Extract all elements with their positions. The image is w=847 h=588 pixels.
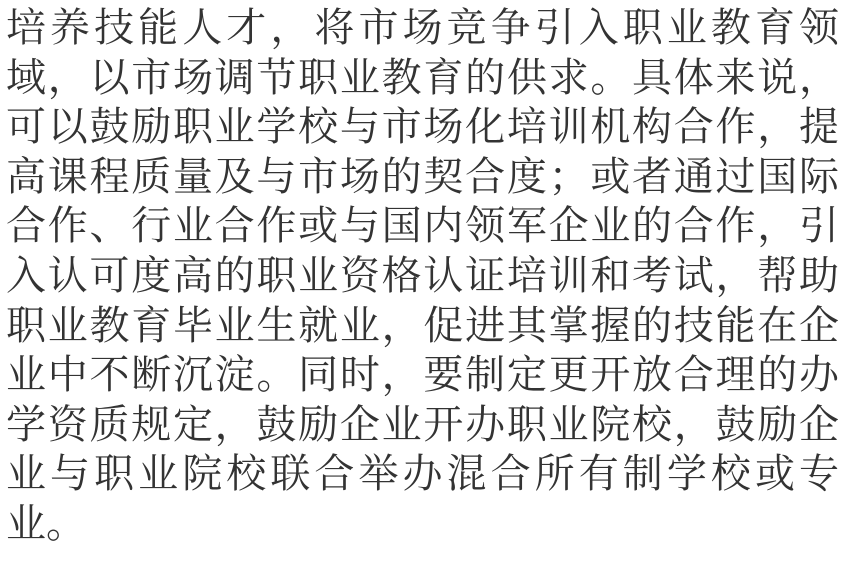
text-line: 可以鼓励职业学校与市场化培训机构合作，提 xyxy=(6,103,839,153)
text-line: 业。 xyxy=(6,500,839,550)
text-line: 域，以市场调节职业教育的供求。具体来说， xyxy=(6,54,839,104)
text-line: 业与职业院校联合举办混合所有制学校或专 xyxy=(6,450,839,500)
text-line: 培养技能人才，将市场竞争引入职业教育领 xyxy=(6,4,839,54)
text-line: 业中不断沉淀。同时，要制定更开放合理的办 xyxy=(6,351,839,401)
text-line: 职业教育毕业生就业，促进其掌握的技能在企 xyxy=(6,302,839,352)
body-text-paragraph: 培养技能人才，将市场竞争引入职业教育领域，以市场调节职业教育的供求。具体来说，可… xyxy=(6,4,839,550)
text-line: 学资质规定，鼓励企业开办职业院校，鼓励企 xyxy=(6,401,839,451)
text-line: 入认可度高的职业资格认证培训和考试，帮助 xyxy=(6,252,839,302)
document-page: 培养技能人才，将市场竞争引入职业教育领域，以市场调节职业教育的供求。具体来说，可… xyxy=(0,0,847,588)
text-line: 高课程质量及与市场的契合度；或者通过国际 xyxy=(6,153,839,203)
text-line: 合作、行业合作或与国内领军企业的合作，引 xyxy=(6,202,839,252)
